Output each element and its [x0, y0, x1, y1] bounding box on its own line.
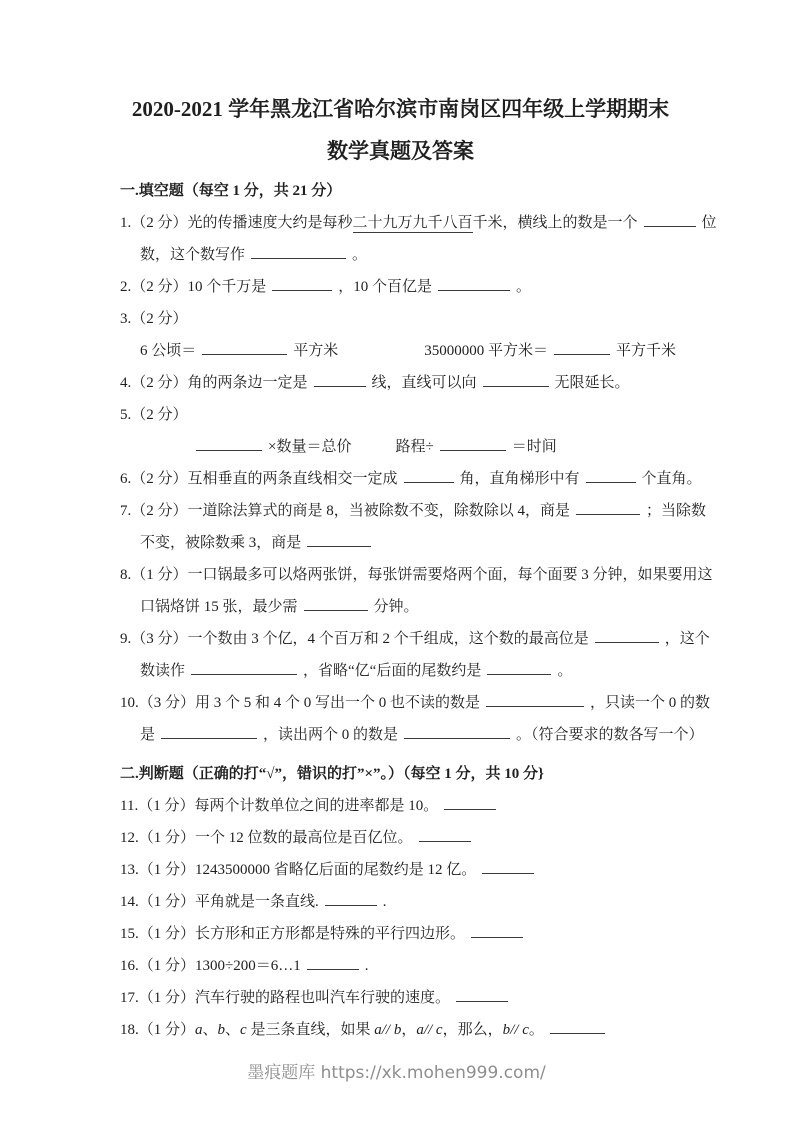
text-segment: 无限延长。 [555, 375, 630, 391]
blank-field [456, 987, 508, 1002]
page-title-line1: 2020-2021 学年黑龙江省哈尔滨市南岗区四年级上学期期末 [120, 92, 681, 126]
question-line: 17.（1 分）汽车行驶的路程也叫汽车行驶的速度。 [120, 982, 681, 1014]
text-segment: 角，直角梯形中有 [460, 471, 580, 487]
text-segment: 8.（1 分）一口锅最多可以烙两张饼，每张饼需要烙两个面，每个面要 3 分钟，如… [120, 567, 713, 583]
text-segment: 14.（1 分）平角就是一条直线. [120, 894, 319, 910]
text-segment: 、 [225, 1022, 240, 1038]
blank-field [419, 827, 471, 842]
blank-field [304, 596, 368, 611]
question-line: 10.（3 分）用 3 个 5 和 4 个 0 写出一个 0 也不读的数是，只读… [120, 687, 681, 719]
underlined-text: 二十九万九千八百 [353, 215, 473, 233]
blank-field [644, 212, 696, 227]
page-title-line2: 数学真题及答案 [120, 134, 681, 168]
text-segment: 平方米 [293, 343, 338, 359]
text-segment: 1.（2 分）光的传播速度大约是每秒 [120, 215, 353, 231]
text-segment: ，只读一个 0 的数 [590, 695, 710, 711]
question-line: 2.（2 分）10 个千万是，10 个百亿是。 [120, 271, 681, 303]
question-line: 4.（2 分）角的两条边一定是线，直线可以向无限延长。 [120, 367, 681, 399]
blank-field [196, 436, 262, 451]
blank-field [487, 660, 551, 675]
blank-field [272, 276, 332, 291]
text-segment: 16.（1 分）1300÷200＝6…1 [120, 958, 301, 974]
text-segment: 是三条直线，如果 [247, 1022, 375, 1038]
text-segment: 、 [203, 1022, 218, 1038]
text-segment: 17.（1 分）汽车行驶的路程也叫汽车行驶的速度。 [120, 990, 450, 1006]
text-segment: 13.（1 分）1243500000 省略亿后面的尾数约是 12 亿。 [120, 862, 476, 878]
question-line: 不变，被除数乘 3，商是 [120, 527, 681, 559]
text-segment: . [383, 894, 387, 910]
question-line: 15.（1 分）长方形和正方形都是特殊的平行四边形。 [120, 918, 681, 950]
blank-field [550, 1019, 605, 1034]
italic-text: b// c [503, 1022, 529, 1038]
document-body: 一.填空题（每空 1 分，共 21 分）1.（2 分）光的传播速度大约是每秒二十… [120, 175, 681, 1046]
text-segment: 12.（1 分）一个 12 位数的最高位是百亿位。 [120, 830, 413, 846]
text-segment: 35000000 平方米＝ [424, 343, 548, 359]
blank-field [486, 692, 584, 707]
italic-text: a// c [416, 1022, 442, 1038]
question-line: 3.（2 分） [120, 303, 681, 335]
text-segment: ，10 个百亿是 [338, 279, 432, 295]
blank-field [191, 660, 297, 675]
text-segment: 是 [140, 727, 155, 743]
blank-field [586, 468, 636, 483]
italic-text: c [240, 1022, 247, 1038]
question-line: 16.（1 分）1300÷200＝6…1. [120, 950, 681, 982]
blank-field [325, 891, 377, 906]
text-segment: 18.（1 分） [120, 1022, 195, 1038]
text-segment: 7.（2 分）一道除法算式的商是 8，当被除数不变，除数除以 4，商是 [120, 503, 570, 519]
question-line: 6 公顷＝平方米35000000 平方米＝平方千米 [120, 335, 681, 367]
blank-field [202, 340, 287, 355]
blank-field [440, 436, 506, 451]
question-line: 18.（1 分）a、b、c 是三条直线，如果 a// b，a// c，那么，b/… [120, 1014, 681, 1046]
blank-field [307, 532, 371, 547]
question-line: 9.（3 分）一个数由 3 个亿，4 个百万和 2 个千组成，这个数的最高位是，… [120, 623, 681, 655]
text-segment: 15.（1 分）长方形和正方形都是特殊的平行四边形。 [120, 926, 465, 942]
question-line: 6.（2 分）互相垂直的两条直线相交一定成角，直角梯形中有个直角。 [120, 463, 681, 495]
blank-field [554, 340, 610, 355]
text-segment: ，读出两个 0 的数是 [263, 727, 398, 743]
text-segment: 9.（3 分）一个数由 3 个亿，4 个百万和 2 个千组成，这个数的最高位是 [120, 631, 589, 647]
text-segment: 千米，横线上的数是一个 [473, 215, 638, 231]
text-segment: 平方千米 [616, 343, 676, 359]
question-line: 12.（1 分）一个 12 位数的最高位是百亿位。 [120, 822, 681, 854]
section-heading: 一.填空题（每空 1 分，共 21 分） [120, 175, 681, 207]
blank-field [307, 955, 359, 970]
italic-text: a// b [374, 1022, 401, 1038]
text-segment: 。 [529, 1022, 544, 1038]
text-segment: 2.（2 分）10 个千万是 [120, 279, 266, 295]
text-segment: 4.（2 分）角的两条边一定是 [120, 375, 308, 391]
text-segment: 线，直线可以向 [372, 375, 477, 391]
text-segment: 数读作 [140, 663, 185, 679]
text-segment: ×数量＝总价 [268, 439, 351, 455]
text-segment: 数，这个数写作 [140, 247, 245, 263]
exam-page: 2020-2021 学年黑龙江省哈尔滨市南岗区四年级上学期期末 数学真题及答案 … [0, 0, 793, 1122]
question-line: 14.（1 分）平角就是一条直线.. [120, 886, 681, 918]
text-segment: 10.（3 分）用 3 个 5 和 4 个 0 写出一个 0 也不读的数是 [120, 695, 480, 711]
question-line: ×数量＝总价路程÷＝时间 [120, 431, 681, 463]
question-line: 5.（2 分） [120, 399, 681, 431]
blank-field [438, 276, 510, 291]
question-line: 13.（1 分）1243500000 省略亿后面的尾数约是 12 亿。 [120, 854, 681, 886]
text-segment: 3.（2 分） [120, 311, 188, 327]
italic-text: b [218, 1022, 226, 1038]
blank-field [576, 500, 640, 515]
text-segment: ；当除数 [646, 503, 706, 519]
question-line: 8.（1 分）一口锅最多可以烙两张饼，每张饼需要烙两个面，每个面要 3 分钟，如… [120, 559, 681, 591]
text-segment: ，那么， [443, 1022, 503, 1038]
text-segment: ， [401, 1022, 416, 1038]
question-line: 口锅烙饼 15 张，最少需分钟。 [120, 591, 681, 623]
question-line: 数，这个数写作。 [120, 239, 681, 271]
text-segment: 。 [516, 279, 531, 295]
text-segment: 11.（1 分）每两个计数单位之间的进率都是 10。 [120, 798, 438, 814]
blank-field [483, 372, 549, 387]
text-segment: 6.（2 分）互相垂直的两条直线相交一定成 [120, 471, 398, 487]
text-segment: ＝时间 [512, 439, 557, 455]
blank-field [161, 724, 257, 739]
blank-field [314, 372, 366, 387]
text-segment: 5.（2 分） [120, 407, 188, 423]
text-segment: 。（符合要求的数各写一个） [516, 727, 704, 743]
blank-field [595, 628, 659, 643]
question-line: 是，读出两个 0 的数是。（符合要求的数各写一个） [120, 719, 681, 751]
text-segment: 。 [352, 247, 367, 263]
watermark-footer: 墨痕题库 https://xk.mohen999.com/ [0, 1058, 793, 1083]
text-segment: 路程÷ [395, 439, 433, 455]
section-heading: 二.判断题（正确的打“√”，错识的打”×”。）（每空 1 分，共 10 分} [120, 758, 681, 790]
text-segment: ，省略“亿“后面的尾数约是 [303, 663, 481, 679]
blank-field [251, 244, 346, 259]
italic-text: a [195, 1022, 203, 1038]
question-line: 1.（2 分）光的传播速度大约是每秒二十九万九千八百千米，横线上的数是一个位 [120, 207, 681, 239]
blank-field [404, 724, 510, 739]
text-segment: . [365, 958, 369, 974]
text-segment: 分钟。 [374, 599, 419, 615]
text-segment: ，这个 [665, 631, 710, 647]
blank-field [444, 795, 496, 810]
question-line: 7.（2 分）一道除法算式的商是 8，当被除数不变，除数除以 4，商是；当除数 [120, 495, 681, 527]
exam-content: 2020-2021 学年黑龙江省哈尔滨市南岗区四年级上学期期末 数学真题及答案 … [0, 0, 793, 1046]
text-segment: 6 公顷＝ [140, 343, 196, 359]
text-segment: 位 [702, 215, 717, 231]
blank-field [471, 923, 523, 938]
question-line: 数读作，省略“亿“后面的尾数约是。 [120, 655, 681, 687]
blank-field [404, 468, 454, 483]
text-segment: 不变，被除数乘 3，商是 [140, 535, 301, 551]
text-segment: 个直角。 [642, 471, 702, 487]
text-segment: 。 [557, 663, 572, 679]
text-segment: 口锅烙饼 15 张，最少需 [140, 599, 298, 615]
blank-field [482, 859, 534, 874]
question-line: 11.（1 分）每两个计数单位之间的进率都是 10。 [120, 790, 681, 822]
